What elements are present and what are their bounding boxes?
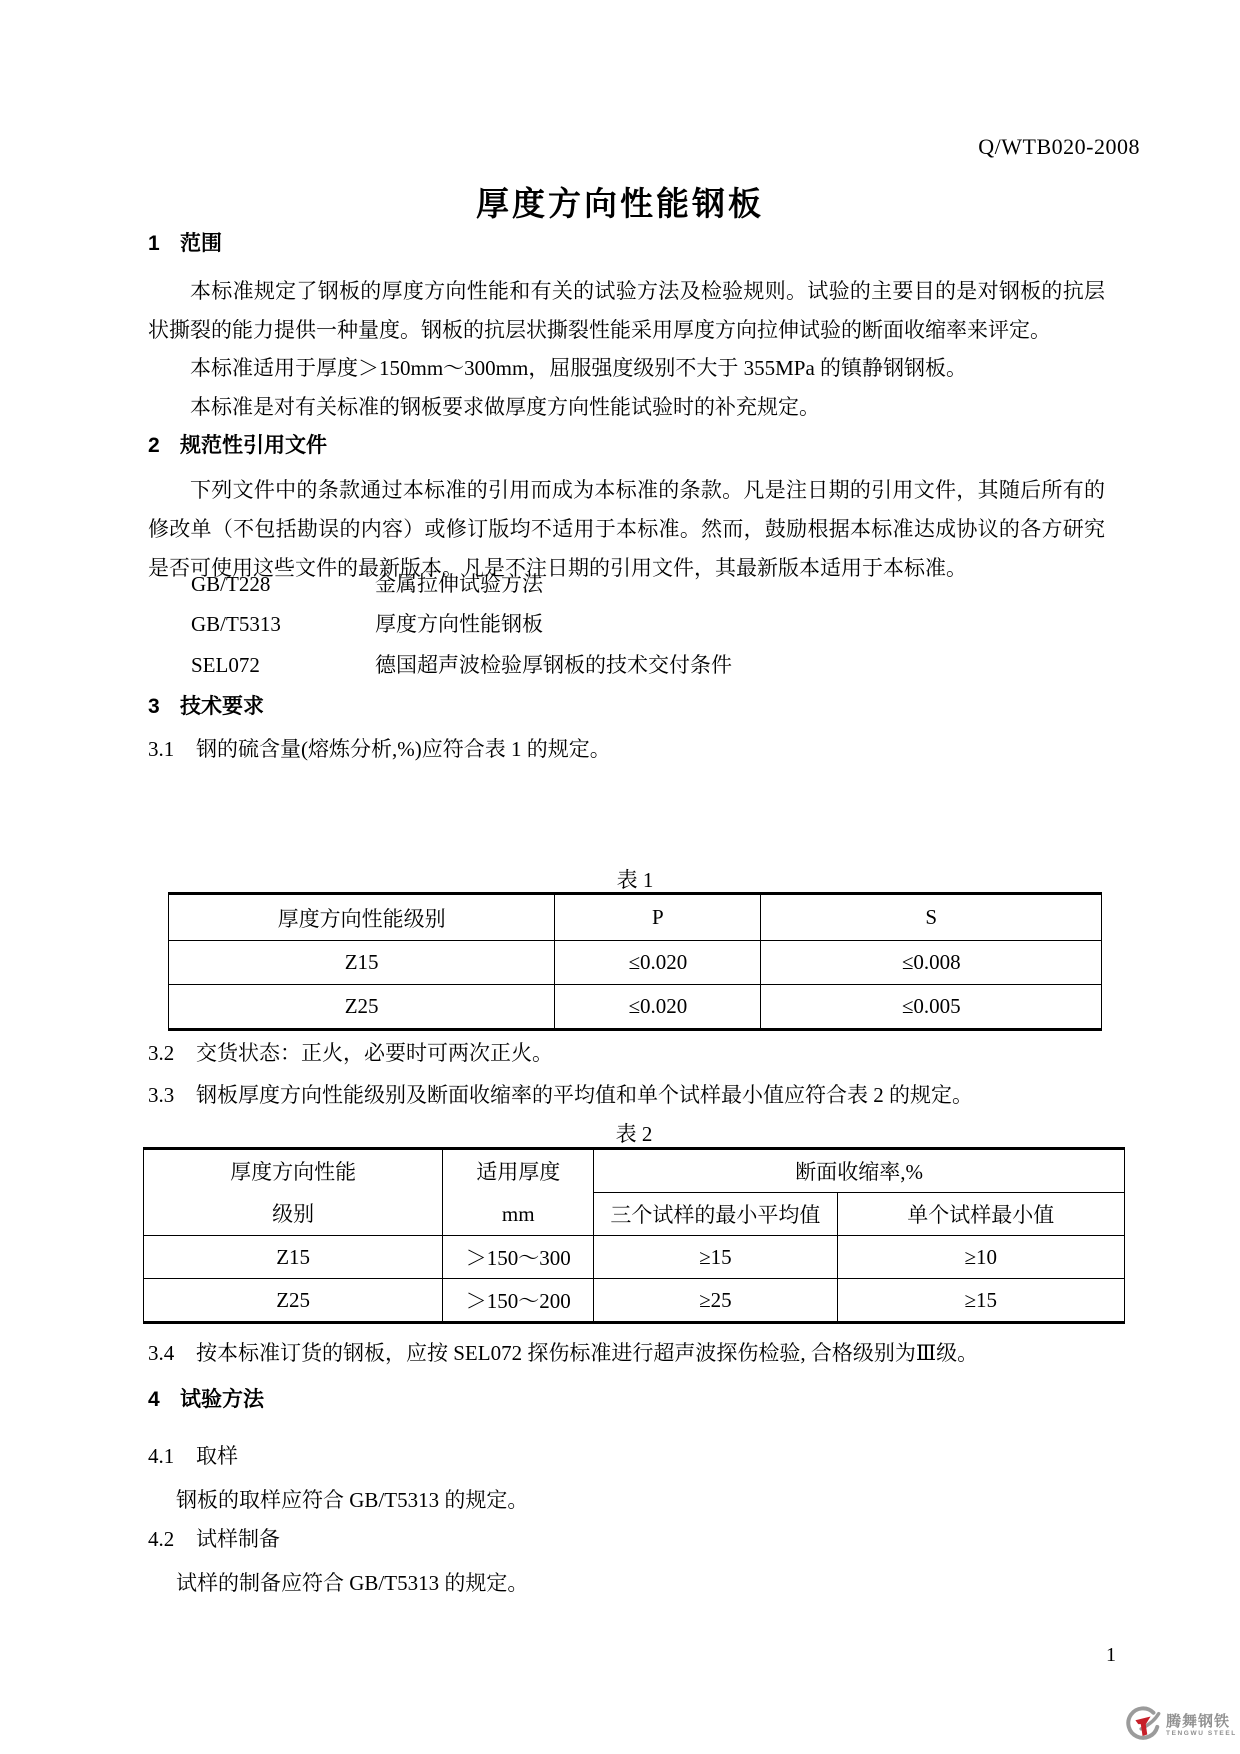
clause-number: 3.2 xyxy=(148,1041,196,1066)
table2-header-line: mm xyxy=(502,1202,535,1226)
reference-code: GB/T5313 xyxy=(191,612,375,637)
clause-text: 钢的硫含量(熔炼分析,%)应符合表 1 的规定。 xyxy=(196,737,611,761)
table2-header-line: 适用厚度 xyxy=(476,1160,560,1184)
reference-code: SEL072 xyxy=(191,653,375,678)
table2-cell: ≥25 xyxy=(594,1279,837,1323)
reference-title: 德国超声波检验厚钢板的技术交付条件 xyxy=(375,653,732,677)
clause-3-2: 3.2交货状态：正火，必要时可两次正火。 xyxy=(148,1037,1105,1067)
clause-title: 试样制备 xyxy=(196,1527,280,1551)
table2-header-line: 厚度方向性能 xyxy=(230,1160,356,1184)
table2: 厚度方向性能 级别 适用厚度 mm 断面收缩率,% 三个试样的最小平均值 单个试… xyxy=(143,1147,1125,1324)
table2-cell: ≥10 xyxy=(837,1236,1124,1279)
logo-name-en: TENGWU STEEL xyxy=(1166,1730,1237,1738)
table2-cell: Z15 xyxy=(144,1236,443,1279)
section4-number: 4 xyxy=(148,1388,180,1412)
reference-code: GB/T228 xyxy=(191,572,375,597)
clause-number: 3.4 xyxy=(148,1341,196,1366)
table1-header-cell: S xyxy=(761,894,1102,941)
section3-number: 3 xyxy=(148,695,180,719)
section1-para2: 本标准适用于厚度＞150mm～300mm，屈服强度级别不大于 355MPa 的镇… xyxy=(148,349,1105,388)
section2-heading-text: 规范性引用文件 xyxy=(180,434,327,457)
table2-span-header: 断面收缩率,% xyxy=(594,1149,1125,1193)
section4-heading-text: 试验方法 xyxy=(180,1388,264,1411)
document-page: Q/WTB020-2008 厚度方向性能钢板 1范围 本标准规定了钢板的厚度方向… xyxy=(0,0,1240,1754)
reference-item: SEL072德国超声波检验厚钢板的技术交付条件 xyxy=(191,649,732,679)
table1-row: Z25 ≤0.020 ≤0.005 xyxy=(169,985,1102,1030)
section1-heading: 1范围 xyxy=(148,227,222,257)
clause-number: 4.1 xyxy=(148,1444,196,1469)
table2-row: Z15 ＞150～300 ≥15 ≥10 xyxy=(144,1236,1125,1279)
table2-header-cell: 适用厚度 mm xyxy=(443,1149,594,1236)
table2-header-cell: 厚度方向性能 级别 xyxy=(144,1149,443,1236)
reference-item: GB/T228金属拉伸试验方法 xyxy=(191,568,543,598)
clause-4-2: 4.2试样制备 xyxy=(148,1523,1105,1553)
clause-3-1: 3.1钢的硫含量(熔炼分析,%)应符合表 1 的规定。 xyxy=(148,733,1105,763)
clause-4-1: 4.1取样 xyxy=(148,1440,1105,1470)
clause-number: 3.3 xyxy=(148,1083,196,1108)
table1-header-cell: 厚度方向性能级别 xyxy=(169,894,555,941)
tengwu-logo-emblem-icon xyxy=(1124,1706,1162,1746)
clause-text: 交货状态：正火，必要时可两次正火。 xyxy=(196,1041,553,1065)
clause-title: 取样 xyxy=(196,1444,238,1468)
table2-row: Z25 ＞150～200 ≥25 ≥15 xyxy=(144,1279,1125,1323)
section2-number: 2 xyxy=(148,434,180,458)
table1-header-cell: P xyxy=(555,894,761,941)
table1-cell: ≤0.020 xyxy=(555,941,761,985)
clause-number: 4.2 xyxy=(148,1527,196,1552)
clause-text: 钢板厚度方向性能级别及断面收缩率的平均值和单个试样最小值应符合表 2 的规定。 xyxy=(196,1083,973,1107)
table2-cell: ≥15 xyxy=(837,1279,1124,1323)
clause-number: 3.1 xyxy=(148,737,196,762)
section1-heading-text: 范围 xyxy=(180,232,222,255)
table1-cell: ≤0.008 xyxy=(761,941,1102,985)
clause-4-2-text: 试样的制备应符合 GB/T5313 的规定。 xyxy=(148,1564,1105,1603)
table1-row: Z15 ≤0.020 ≤0.008 xyxy=(169,941,1102,985)
reference-item: GB/T5313厚度方向性能钢板 xyxy=(191,608,543,638)
clause-3-3: 3.3钢板厚度方向性能级别及断面收缩率的平均值和单个试样最小值应符合表 2 的规… xyxy=(148,1079,1105,1109)
table2-caption: 表 2 xyxy=(143,1118,1125,1148)
reference-title: 厚度方向性能钢板 xyxy=(375,612,543,636)
table2-header-line: 级别 xyxy=(272,1202,314,1226)
table1-header-row: 厚度方向性能级别 P S xyxy=(169,894,1102,941)
table2-subheader-cell: 单个试样最小值 xyxy=(837,1193,1124,1236)
section4-heading: 4试验方法 xyxy=(148,1383,264,1413)
table2-subheader-cell: 三个试样的最小平均值 xyxy=(594,1193,837,1236)
clause-text: 按本标准订货的钢板，应按 SEL072 探伤标准进行超声波探伤检验, 合格级别为… xyxy=(196,1341,978,1365)
section1-number: 1 xyxy=(148,232,180,256)
table1-cell: Z15 xyxy=(169,941,555,985)
tengwu-steel-logo: 腾舞钢铁 TENGWU STEEL xyxy=(1124,1706,1236,1746)
table1-caption: 表 1 xyxy=(168,864,1102,894)
section3-heading: 3技术要求 xyxy=(148,690,264,720)
section1-para1: 本标准规定了钢板的厚度方向性能和有关的试验方法及检验规则。试验的主要目的是对钢板… xyxy=(148,272,1105,350)
page-title: 厚度方向性能钢板 xyxy=(0,178,1240,225)
table1-cell: ≤0.005 xyxy=(761,985,1102,1030)
table2-cell: ≥15 xyxy=(594,1236,837,1279)
logo-name-cn: 腾舞钢铁 xyxy=(1166,1714,1237,1730)
table2-cell: Z25 xyxy=(144,1279,443,1323)
table2-cell: ＞150～300 xyxy=(443,1236,594,1279)
table2-header-row: 厚度方向性能 级别 适用厚度 mm 断面收缩率,% xyxy=(144,1149,1125,1193)
table1-cell: Z25 xyxy=(169,985,555,1030)
reference-title: 金属拉伸试验方法 xyxy=(375,572,543,596)
section3-heading-text: 技术要求 xyxy=(180,695,264,718)
section2-heading: 2规范性引用文件 xyxy=(148,429,327,459)
clause-3-4: 3.4按本标准订货的钢板，应按 SEL072 探伤标准进行超声波探伤检验, 合格… xyxy=(148,1337,1105,1367)
section1-para3: 本标准是对有关标准的钢板要求做厚度方向性能试验时的补充规定。 xyxy=(148,388,1105,427)
table1-cell: ≤0.020 xyxy=(555,985,761,1030)
page-number: 1 xyxy=(1106,1644,1116,1667)
table1: 厚度方向性能级别 P S Z15 ≤0.020 ≤0.008 Z25 ≤0.02… xyxy=(168,892,1102,1031)
doc-code: Q/WTB020-2008 xyxy=(978,134,1140,160)
clause-4-1-text: 钢板的取样应符合 GB/T5313 的规定。 xyxy=(148,1481,1105,1520)
table2-cell: ＞150～200 xyxy=(443,1279,594,1323)
